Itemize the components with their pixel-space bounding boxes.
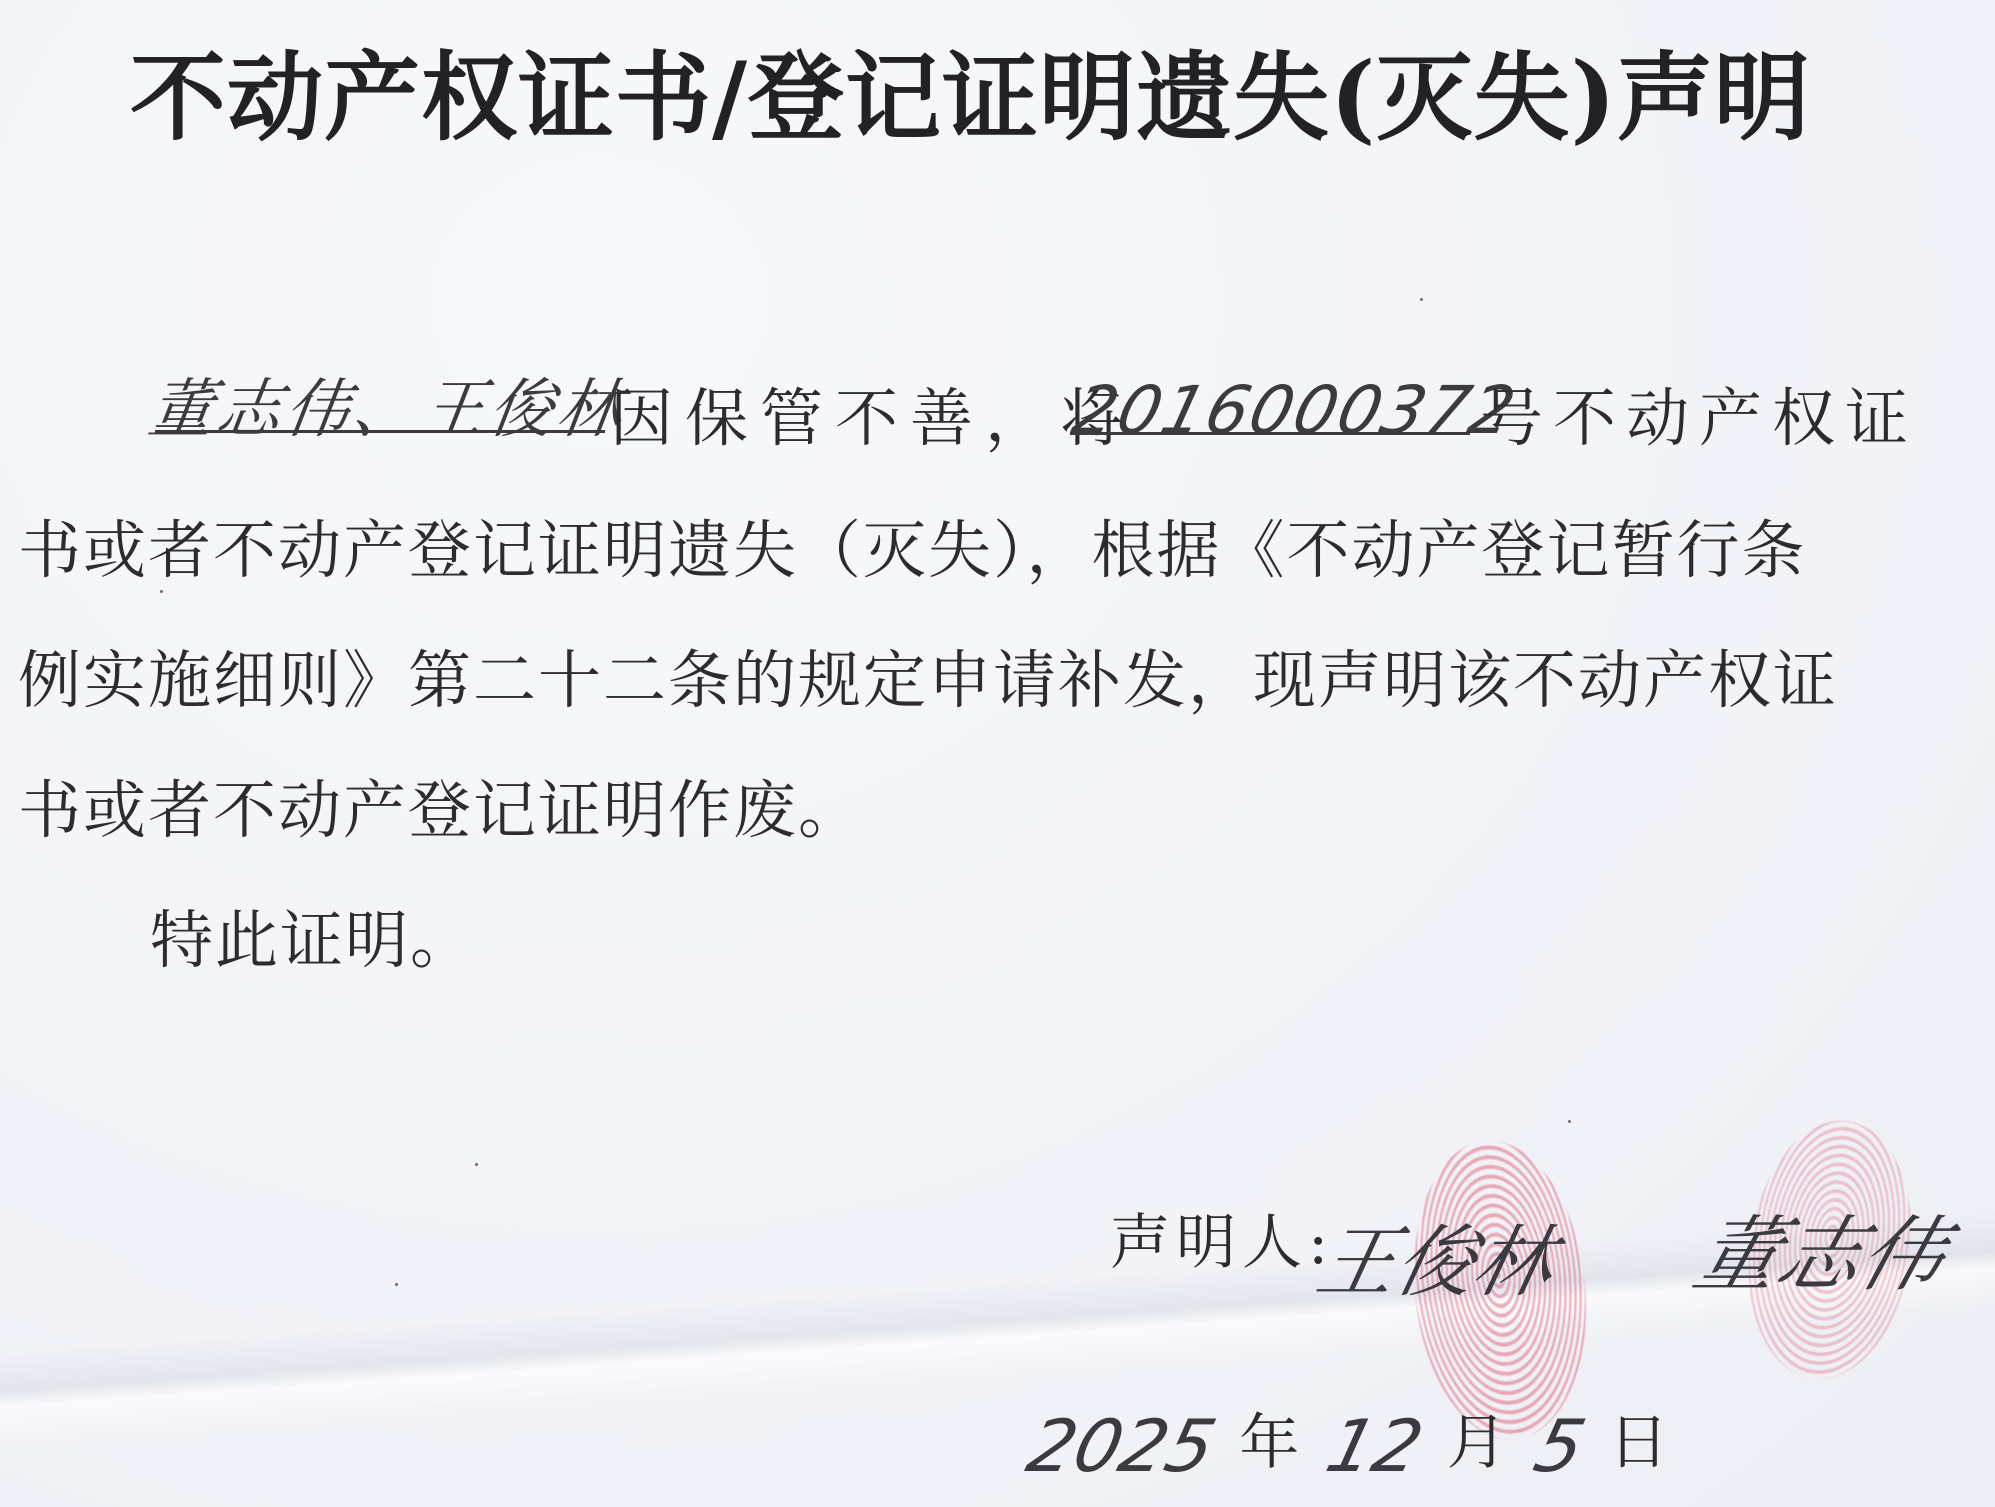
date-month: 12 xyxy=(1319,1404,1432,1488)
date-year: 2025 xyxy=(1020,1404,1224,1488)
signature-2-handwritten: 董志伟 xyxy=(1683,1190,1963,1307)
body-line-4: 书或者不动产登记证明作废。 xyxy=(18,760,863,851)
date-day: 5 xyxy=(1526,1404,1593,1488)
certificate-number-underline xyxy=(1070,432,1470,435)
body-line-2: 书或者不动产登记证明遗失（灭失），根据《不动产登记暂行条 xyxy=(18,500,1807,591)
date-month-unit: 月 xyxy=(1447,1395,1507,1481)
signature-1-handwritten: 王俊林 xyxy=(1308,1200,1566,1312)
body-line-1-end: 号不动产权证 xyxy=(1480,368,1918,459)
body-line-1-middle: 因保管不善，将 xyxy=(610,368,1135,459)
closing-statement: 特此证明。 xyxy=(150,890,475,981)
declarant-underline xyxy=(155,430,605,433)
speck xyxy=(1420,298,1423,301)
declarant-label: 声明人: xyxy=(1110,1195,1334,1281)
date: 2025年12月5日 xyxy=(1030,1395,1699,1488)
body-line-3: 例实施细则》第二十二条的规定申请补发，现声明该不动产权证 xyxy=(18,630,1838,721)
certificate-number-handwritten: 2016000372 xyxy=(1065,372,1524,449)
document-title: 不动产权证书/登记证明遗失(灭失)声明 xyxy=(130,22,1770,159)
date-day-unit: 日 xyxy=(1609,1395,1669,1481)
speck xyxy=(475,1163,478,1166)
speck xyxy=(1568,1120,1571,1123)
date-year-unit: 年 xyxy=(1239,1395,1299,1481)
speck xyxy=(395,1283,398,1286)
speck xyxy=(160,590,163,593)
declarant-names-handwritten: 董志伟、王俊林 xyxy=(144,358,633,450)
